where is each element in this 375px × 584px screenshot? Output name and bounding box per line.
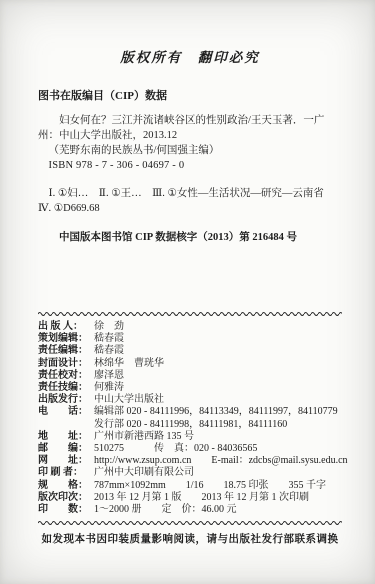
cip-class-line1: Ⅰ. ①妇… Ⅱ. ①王… Ⅲ. ①女性—生活状况—研究—云南省 xyxy=(38,186,342,201)
cip-class-line2: Ⅳ. ①D669.68 xyxy=(38,201,342,216)
colophon-row-address: 地 址：广州市新港西路 135 号 xyxy=(38,431,342,443)
colophon-row-cover-design: 封面设计：林绵华 曹珖华 xyxy=(38,358,342,370)
cip-record-number: 中国版本图书馆 CIP 数据核字（2013）第 216484 号 xyxy=(38,229,342,244)
colophon-row-postcode-fax: 邮 编：510275 传 真：020 - 84036565 xyxy=(38,443,342,455)
colophon-row-format: 规 格：787mm×1092mm 1/16 18.75 印张 355 千字 xyxy=(38,480,342,492)
colophon-page: 版权所有 翻印必究 图书在版编目（CIP）数据 妇女何在？三江并流诸峡谷区的性别… xyxy=(0,0,375,584)
colophon-row-phone-distribution: 发行部 020 - 84111998，84111981，84111160 xyxy=(38,419,342,431)
colophon-row-printrun-price: 印 数：1～2000 册 定 价：46.00 元 xyxy=(38,504,342,516)
wavy-divider-bottom xyxy=(38,519,342,525)
quality-exchange-note: 如发现本书因印装质量影响阅读，请与出版社发行部联系调换 xyxy=(38,531,342,546)
colophon-row-responsible-editor: 责任编辑：嵇春霞 xyxy=(38,345,342,357)
copyright-notice: 版权所有 翻印必究 xyxy=(38,46,342,66)
colophon-row-website-email: 网 址：http://www.zsup.com.cn E-mail：zdcbs@… xyxy=(38,455,342,467)
colophon-row-phone-editorial: 电 话：编辑部 020 - 84111996，84113349，84111997… xyxy=(38,406,342,418)
colophon-row-publisher-person: 出 版 人：徐 劲 xyxy=(38,321,342,333)
cip-title-line: 妇女何在？三江并流诸峡谷区的性别政治/王天玉著．一广州：中山大学出版社，2013… xyxy=(38,113,342,143)
colophon-row-technical-editor: 责任技编：何雅涛 xyxy=(38,382,342,394)
colophon-row-publisher: 出版发行：中山大学出版社 xyxy=(38,394,342,406)
cip-series-line: （芜野东南的民族丛书/何国强主编） xyxy=(38,143,342,158)
cip-heading: 图书在版编目（CIP）数据 xyxy=(38,87,342,103)
colophon-row-printer: 印 刷 者：广州中大印刷有限公司 xyxy=(38,467,342,479)
wavy-divider-top xyxy=(38,310,342,316)
colophon-row-edition: 版次印次：2013 年 12 月第 1 版 2013 年 12 月第 1 次印刷 xyxy=(38,492,342,504)
colophon-block: 出 版 人：徐 劲 策划编辑：嵇春霞 责任编辑：嵇春霞 封面设计：林绵华 曹珖华… xyxy=(38,321,342,516)
cip-classification: Ⅰ. ①妇… Ⅱ. ①王… Ⅲ. ①女性—生活状况—研究—云南省 Ⅳ. ①D66… xyxy=(38,186,342,216)
cip-record-block: 妇女何在？三江并流诸峡谷区的性别政治/王天玉著．一广州：中山大学出版社，2013… xyxy=(38,113,342,173)
cip-isbn-line: ISBN 978 - 7 - 306 - 04697 - 0 xyxy=(38,158,342,173)
colophon-row-proofreader: 责任校对：廖泽恩 xyxy=(38,370,342,382)
colophon-row-planning-editor: 策划编辑：嵇春霞 xyxy=(38,333,342,345)
